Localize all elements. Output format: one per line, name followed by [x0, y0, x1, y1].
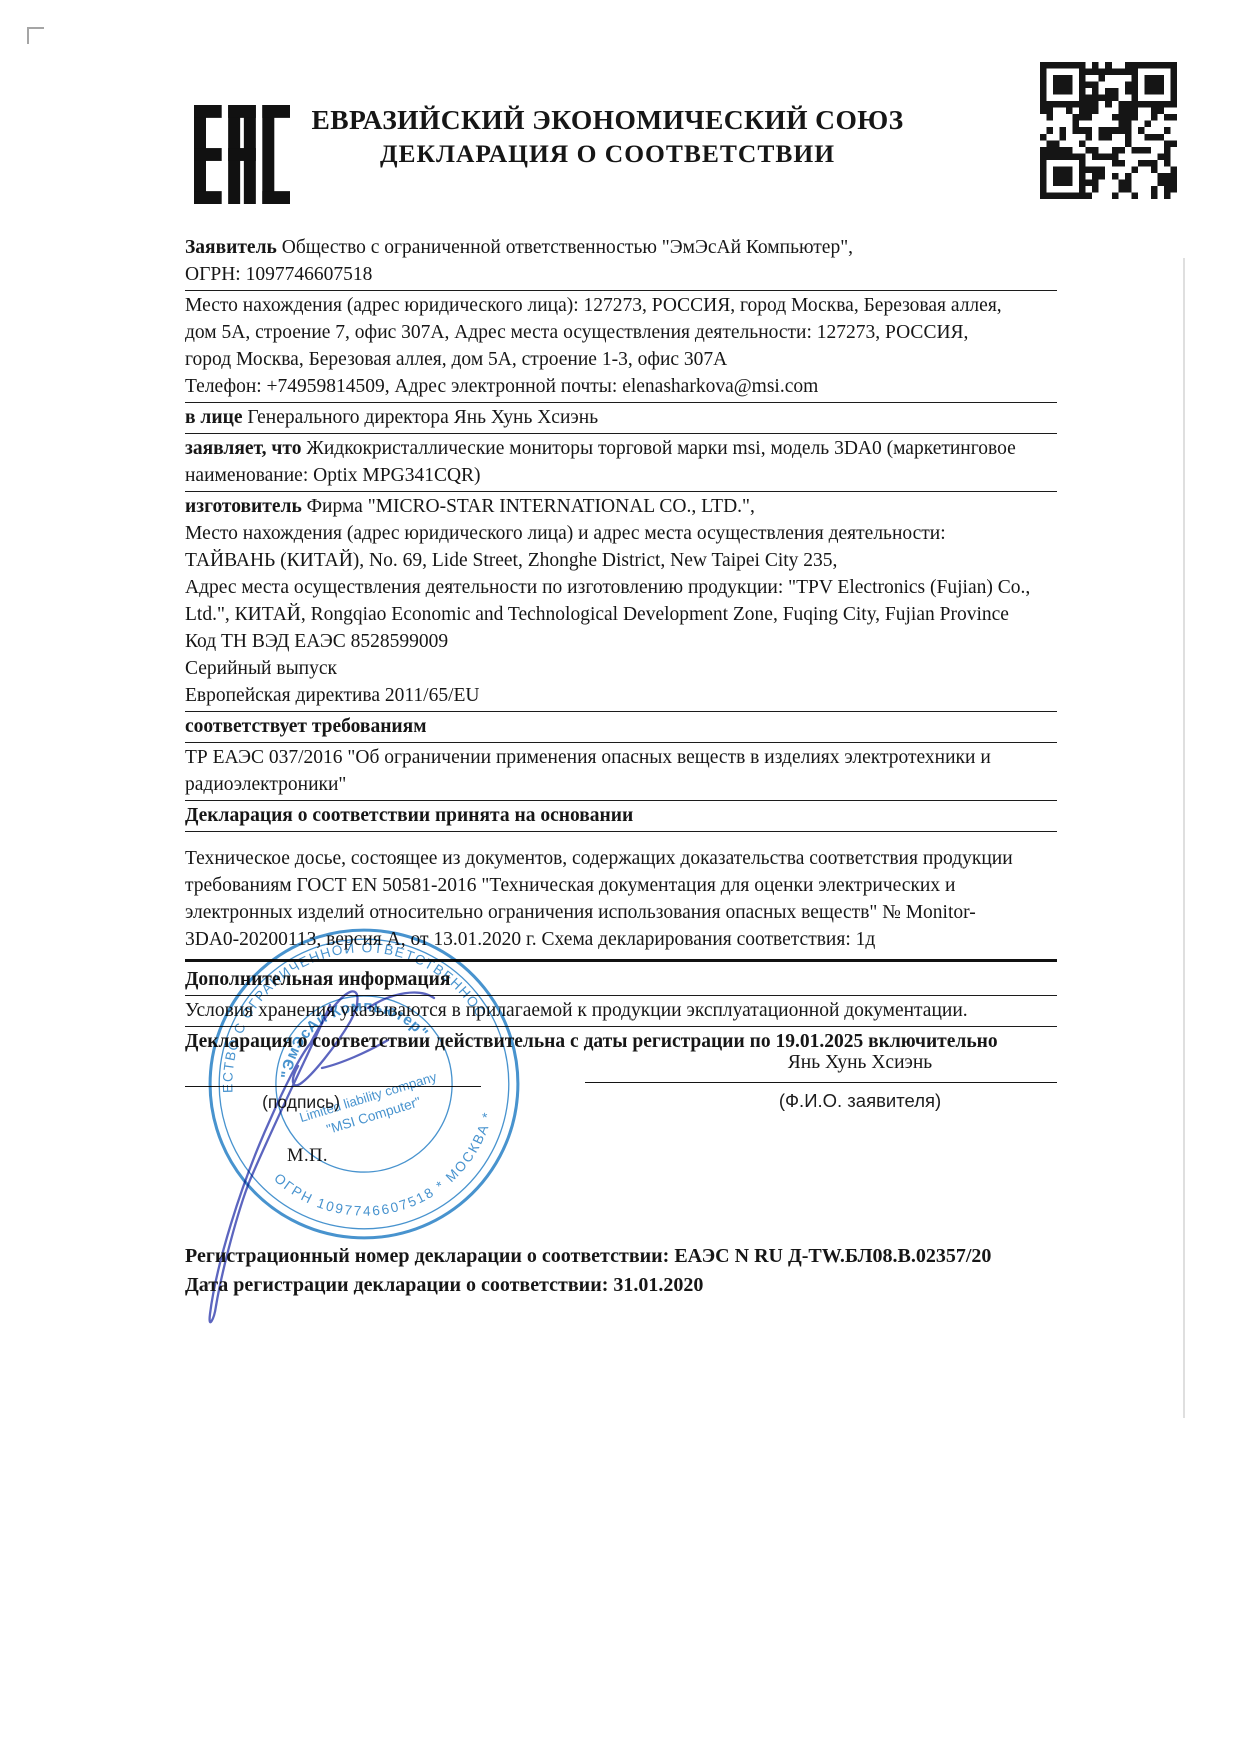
document-row: Заявитель Общество с ограниченной ответс… [185, 233, 1057, 291]
document-line: Телефон: +74959814509, Адрес электронной… [185, 373, 1057, 400]
document-line: Код ТН ВЭД ЕАЭС 8528599009 [185, 628, 1057, 655]
field-label: Декларация о соответствии принята на осн… [185, 805, 633, 826]
document-line: наименование: Optix MPG341CQR) [185, 462, 1057, 489]
registration-number: Регистрационный номер декларации о соотв… [185, 1242, 991, 1271]
document-row: ТР ЕАЭС 037/2016 "Об ограничении примене… [185, 743, 1057, 801]
document-row: Декларация о соответствии принята на осн… [185, 801, 1057, 832]
eac-mark-icon [194, 105, 290, 204]
document-line: дом 5А, строение 7, офис 307А, Адрес мес… [185, 319, 1057, 346]
document-line: Техническое досье, состоящее из документ… [185, 845, 1057, 872]
qr-code-icon [1040, 62, 1177, 199]
document-line: Ltd.", КИТАЙ, Rongqiao Economic and Tech… [185, 601, 1057, 628]
document-row: соответствует требованиям [185, 712, 1057, 743]
field-label: Заявитель [185, 237, 277, 258]
document-line: соответствует требованиям [185, 713, 1057, 740]
document-line: город Москва, Березовая аллея, дом 5А, с… [185, 346, 1057, 373]
field-label: заявляет, что [185, 438, 302, 459]
scan-corner-mark [27, 27, 44, 44]
document-line: ТАЙВАНЬ (КИТАЙ), No. 69, Lide Street, Zh… [185, 547, 1057, 574]
document-line: ТР ЕАЭС 037/2016 "Об ограничении примене… [185, 744, 1057, 771]
document-line: Европейская директива 2011/65/EU [185, 682, 1057, 709]
document-row: заявляет, что Жидкокристаллические монит… [185, 434, 1057, 492]
document-row: в лице Генерального директора Янь Хунь Х… [185, 403, 1057, 434]
document-line: Место нахождения (адрес юридического лиц… [185, 520, 1057, 547]
document-line: изготовитель Фирма "MICRO-STAR INTERNATI… [185, 493, 1057, 520]
registration-date: Дата регистрации декларации о соответств… [185, 1271, 991, 1300]
applicant-name: Янь Хунь Хсиэнь [660, 1052, 1060, 1074]
document-line: заявляет, что Жидкокристаллические монит… [185, 435, 1057, 462]
applicant-name-caption: (Ф.И.О. заявителя) [660, 1090, 1060, 1112]
document-line: в лице Генерального директора Янь Хунь Х… [185, 404, 1057, 431]
document-row: Место нахождения (адрес юридического лиц… [185, 291, 1057, 403]
page-title: ДЕКЛАРАЦИЯ О СООТВЕТСТВИИ [280, 139, 935, 169]
field-label: изготовитель [185, 496, 302, 517]
document-line: Декларация о соответствии принята на осн… [185, 802, 1057, 829]
applicant-name-line [585, 1082, 1057, 1083]
scan-edge-artifact [1183, 258, 1185, 1418]
document-line: Место нахождения (адрес юридического лиц… [185, 292, 1057, 319]
document-line: Заявитель Общество с ограниченной ответс… [185, 234, 1057, 261]
document-row: изготовитель Фирма "MICRO-STAR INTERNATI… [185, 492, 1057, 712]
union-title: ЕВРАЗИЙСКИЙ ЭКОНОМИЧЕСКИЙ СОЮЗ [280, 104, 935, 136]
document-line: требованиям ГОСТ EN 50581-2016 "Техничес… [185, 872, 1057, 899]
document-line: Серийный выпуск [185, 655, 1057, 682]
declaration-page: ЕВРАЗИЙСКИЙ ЭКОНОМИЧЕСКИЙ СОЮЗ ДЕКЛАРАЦИ… [0, 0, 1240, 1753]
document-line: ОГРН: 1097746607518 [185, 261, 1057, 288]
field-label: в лице [185, 407, 242, 428]
document-line: Адрес места осуществления деятельности п… [185, 574, 1057, 601]
document-line: радиоэлектроники" [185, 771, 1057, 798]
field-label: соответствует требованиям [185, 716, 427, 737]
registration-block: Регистрационный номер декларации о соотв… [185, 1242, 991, 1299]
